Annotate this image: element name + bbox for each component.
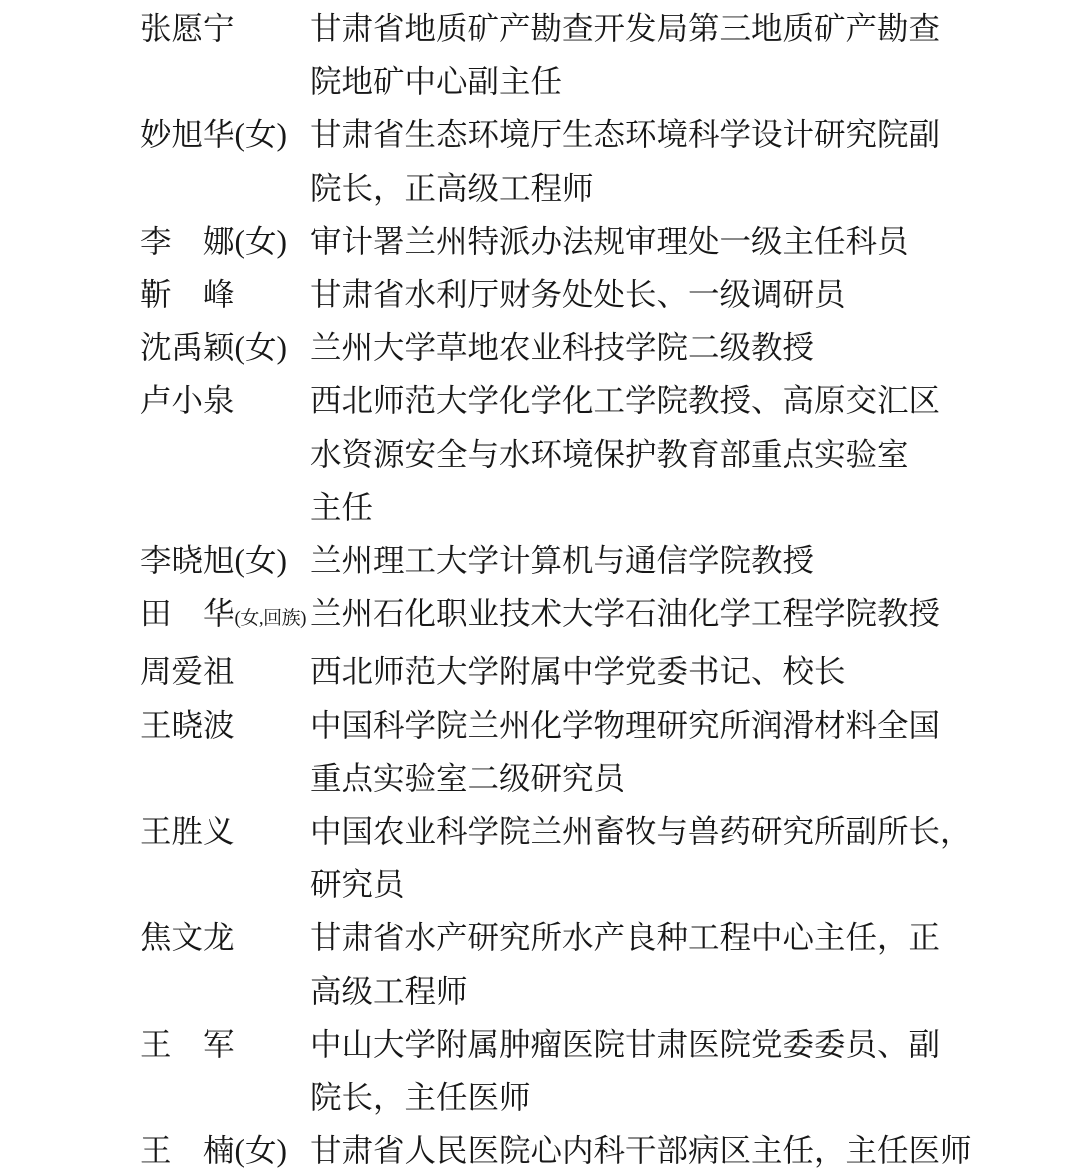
appointee-roster: 张愿宁 甘肃省地质矿产勘查开发局第三地质矿产勘查院地矿中心副主任 妙旭华(女) … — [140, 2, 1080, 1170]
appointee-title: 中国农业科学院兰州畜牧与兽药研究所副所长，研究员 — [310, 805, 972, 911]
appointee-title: 甘肃省人民医院心内科干部病区主任，主任医师 — [310, 1124, 972, 1170]
position-line: 中国农业科学院兰州畜牧与兽药研究所副所长， — [310, 805, 972, 858]
roster-entry: 沈禹颖(女) 兰州大学草地农业科技学院二级教授 — [140, 321, 1080, 374]
appointee-name-text: 王 楠 — [140, 1133, 235, 1168]
appointee-name-text: 卢小泉 — [140, 383, 235, 418]
appointee-title: 甘肃省水利厅财务处处长、一级调研员 — [310, 268, 846, 321]
roster-entry: 王 楠(女) 甘肃省人民医院心内科干部病区主任，主任医师 — [140, 1124, 1080, 1170]
appointee-title: 西北师范大学化学化工学院教授、高原交汇区水资源安全与水环境保护教育部重点实验室主… — [310, 374, 940, 534]
appointee-name: 靳 峰 — [140, 268, 310, 321]
position-line: 兰州大学草地农业科技学院二级教授 — [310, 321, 814, 374]
appointee-name-text: 张愿宁 — [140, 11, 235, 46]
position-line: 甘肃省生态环境厅生态环境科学设计研究院副 — [310, 108, 940, 161]
appointee-name: 张愿宁 — [140, 2, 310, 55]
position-line: 甘肃省水利厅财务处处长、一级调研员 — [310, 268, 846, 321]
roster-entry: 靳 峰 甘肃省水利厅财务处处长、一级调研员 — [140, 268, 1080, 321]
roster-entry: 李晓旭(女) 兰州理工大学计算机与通信学院教授 — [140, 534, 1080, 587]
gender-ethnicity-note: (女,回族) — [235, 608, 306, 629]
gender-ethnicity-note: (女) — [235, 1133, 287, 1168]
appointee-title: 西北师范大学附属中学党委书记、校长 — [310, 645, 846, 698]
position-line: 甘肃省地质矿产勘查开发局第三地质矿产勘查 — [310, 2, 940, 55]
appointee-title: 中国科学院兰州化学物理研究所润滑材料全国重点实验室二级研究员 — [310, 699, 940, 805]
appointee-title: 审计署兰州特派办法规审理处一级主任科员 — [310, 215, 909, 268]
position-line: 高级工程师 — [310, 965, 940, 1018]
appointee-name: 李晓旭(女) — [140, 534, 310, 587]
appointee-title: 兰州理工大学计算机与通信学院教授 — [310, 534, 814, 587]
appointee-name: 王胜义 — [140, 805, 310, 858]
gender-ethnicity-note: (女) — [235, 224, 287, 259]
gender-ethnicity-note: (女) — [235, 543, 287, 578]
document-page: 张愿宁 甘肃省地质矿产勘查开发局第三地质矿产勘查院地矿中心副主任 妙旭华(女) … — [0, 0, 1080, 1170]
appointee-name-text: 沈禹颖 — [140, 330, 235, 365]
appointee-name: 焦文龙 — [140, 911, 310, 964]
roster-entry: 王胜义 中国农业科学院兰州畜牧与兽药研究所副所长，研究员 — [140, 805, 1080, 911]
gender-ethnicity-note: (女) — [235, 330, 287, 365]
appointee-title: 甘肃省地质矿产勘查开发局第三地质矿产勘查院地矿中心副主任 — [310, 2, 940, 108]
roster-entry: 王 军 中山大学附属肿瘤医院甘肃医院党委委员、副院长，主任医师 — [140, 1018, 1080, 1124]
appointee-name: 周爱祖 — [140, 645, 310, 698]
position-line: 甘肃省水产研究所水产良种工程中心主任，正 — [310, 911, 940, 964]
position-line: 主任 — [310, 481, 940, 534]
appointee-name-text: 王 军 — [140, 1027, 235, 1062]
position-line: 研究员 — [310, 858, 972, 911]
appointee-title: 兰州大学草地农业科技学院二级教授 — [310, 321, 814, 374]
roster-entry: 李 娜(女) 审计署兰州特派办法规审理处一级主任科员 — [140, 215, 1080, 268]
appointee-name: 王 楠(女) — [140, 1124, 310, 1170]
appointee-name-text: 王胜义 — [140, 814, 235, 849]
appointee-name: 沈禹颖(女) — [140, 321, 310, 374]
appointee-title: 兰州石化职业技术大学石油化学工程学院教授 — [310, 587, 940, 640]
appointee-name: 田 华(女,回族) — [140, 587, 310, 645]
roster-entry: 周爱祖 西北师范大学附属中学党委书记、校长 — [140, 645, 1080, 698]
position-line: 水资源安全与水环境保护教育部重点实验室 — [310, 428, 940, 481]
roster-entry: 焦文龙 甘肃省水产研究所水产良种工程中心主任，正高级工程师 — [140, 911, 1080, 1017]
position-line: 兰州石化职业技术大学石油化学工程学院教授 — [310, 587, 940, 640]
appointee-name-text: 李晓旭 — [140, 543, 235, 578]
appointee-name: 李 娜(女) — [140, 215, 310, 268]
position-line: 院长，正高级工程师 — [310, 162, 940, 215]
position-line: 甘肃省人民医院心内科干部病区主任，主任医师 — [310, 1124, 972, 1170]
appointee-name: 王 军 — [140, 1018, 310, 1071]
appointee-name-text: 周爱祖 — [140, 654, 235, 689]
position-line: 院地矿中心副主任 — [310, 55, 940, 108]
appointee-title: 中山大学附属肿瘤医院甘肃医院党委委员、副院长，主任医师 — [310, 1018, 940, 1124]
appointee-name: 卢小泉 — [140, 374, 310, 427]
roster-entry: 田 华(女,回族) 兰州石化职业技术大学石油化学工程学院教授 — [140, 587, 1080, 645]
appointee-name-text: 焦文龙 — [140, 920, 235, 955]
appointee-name: 王晓波 — [140, 699, 310, 752]
position-line: 中山大学附属肿瘤医院甘肃医院党委委员、副 — [310, 1018, 940, 1071]
position-line: 中国科学院兰州化学物理研究所润滑材料全国 — [310, 699, 940, 752]
position-line: 西北师范大学附属中学党委书记、校长 — [310, 645, 846, 698]
gender-ethnicity-note: (女) — [235, 117, 287, 152]
appointee-name-text: 王晓波 — [140, 708, 235, 743]
position-line: 兰州理工大学计算机与通信学院教授 — [310, 534, 814, 587]
appointee-title: 甘肃省生态环境厅生态环境科学设计研究院副院长，正高级工程师 — [310, 108, 940, 214]
position-line: 重点实验室二级研究员 — [310, 752, 940, 805]
appointee-name-text: 李 娜 — [140, 224, 235, 259]
roster-entry: 张愿宁 甘肃省地质矿产勘查开发局第三地质矿产勘查院地矿中心副主任 — [140, 2, 1080, 108]
appointee-name-text: 靳 峰 — [140, 277, 235, 312]
roster-entry: 妙旭华(女) 甘肃省生态环境厅生态环境科学设计研究院副院长，正高级工程师 — [140, 108, 1080, 214]
roster-entry: 王晓波 中国科学院兰州化学物理研究所润滑材料全国重点实验室二级研究员 — [140, 699, 1080, 805]
position-line: 审计署兰州特派办法规审理处一级主任科员 — [310, 215, 909, 268]
position-line: 院长，主任医师 — [310, 1071, 940, 1124]
appointee-title: 甘肃省水产研究所水产良种工程中心主任，正高级工程师 — [310, 911, 940, 1017]
position-line: 西北师范大学化学化工学院教授、高原交汇区 — [310, 374, 940, 427]
roster-entry: 卢小泉 西北师范大学化学化工学院教授、高原交汇区水资源安全与水环境保护教育部重点… — [140, 374, 1080, 534]
appointee-name-text: 田 华 — [140, 596, 235, 631]
appointee-name: 妙旭华(女) — [140, 108, 310, 161]
appointee-name-text: 妙旭华 — [140, 117, 235, 152]
